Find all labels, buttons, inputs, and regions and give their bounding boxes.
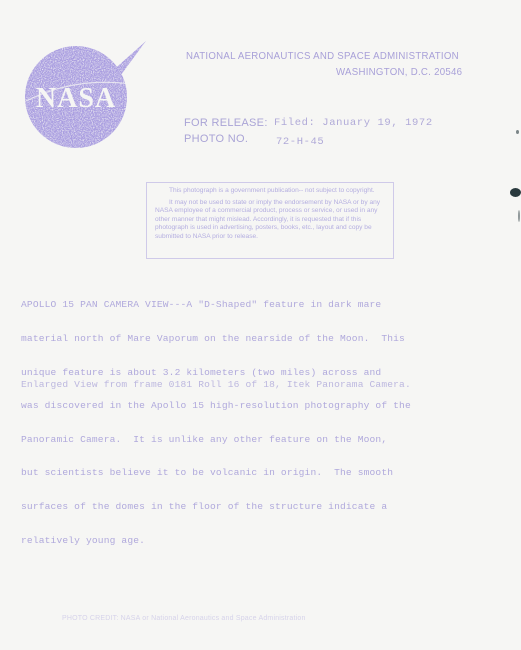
ink-smudge xyxy=(516,130,519,134)
ink-smudge xyxy=(518,210,520,222)
notice-paragraph-2: It may not be used to state or imply the… xyxy=(155,199,385,242)
caption-line: but scientists believe it to be volcanic… xyxy=(21,467,481,478)
caption-line: was discovered in the Apollo 15 high-res… xyxy=(21,400,481,411)
photo-credit-footer: PHOTO CREDIT: NASA or National Aeronauti… xyxy=(62,615,306,622)
agency-address: WASHINGTON, D.C. 20546 xyxy=(336,66,462,78)
notice-paragraph-1: This photograph is a government publicat… xyxy=(155,187,385,196)
photo-number-label: PHOTO NO. xyxy=(184,133,248,145)
caption-line: relatively young age. xyxy=(21,535,481,546)
caption-line: material north of Mare Vaporum on the ne… xyxy=(21,333,481,344)
release-label: FOR RELEASE: xyxy=(184,117,268,129)
caption-line: surfaces of the domes in the floor of th… xyxy=(21,501,481,512)
photo-number-value: 72-H-45 xyxy=(276,136,324,148)
nasa-logo-icon: NASA xyxy=(18,35,148,150)
copyright-notice-box: This photograph is a government publicat… xyxy=(146,182,394,259)
caption-line: unique feature is about 3.2 kilometers (… xyxy=(21,367,481,378)
caption-line: APOLLO 15 PAN CAMERA VIEW---A "D-Shaped"… xyxy=(21,299,481,310)
release-value: Filed: January 19, 1972 xyxy=(274,117,433,129)
photo-caption: APOLLO 15 PAN CAMERA VIEW---A "D-Shaped"… xyxy=(21,277,481,557)
svg-text:NASA: NASA xyxy=(36,83,116,114)
frame-credit: Enlarged View from frame 0181 Roll 16 of… xyxy=(21,379,411,390)
agency-name: NATIONAL AERONAUTICS AND SPACE ADMINISTR… xyxy=(186,50,459,62)
caption-line: Panoramic Camera. It is unlike any other… xyxy=(21,434,481,445)
ink-smudge xyxy=(510,188,521,197)
